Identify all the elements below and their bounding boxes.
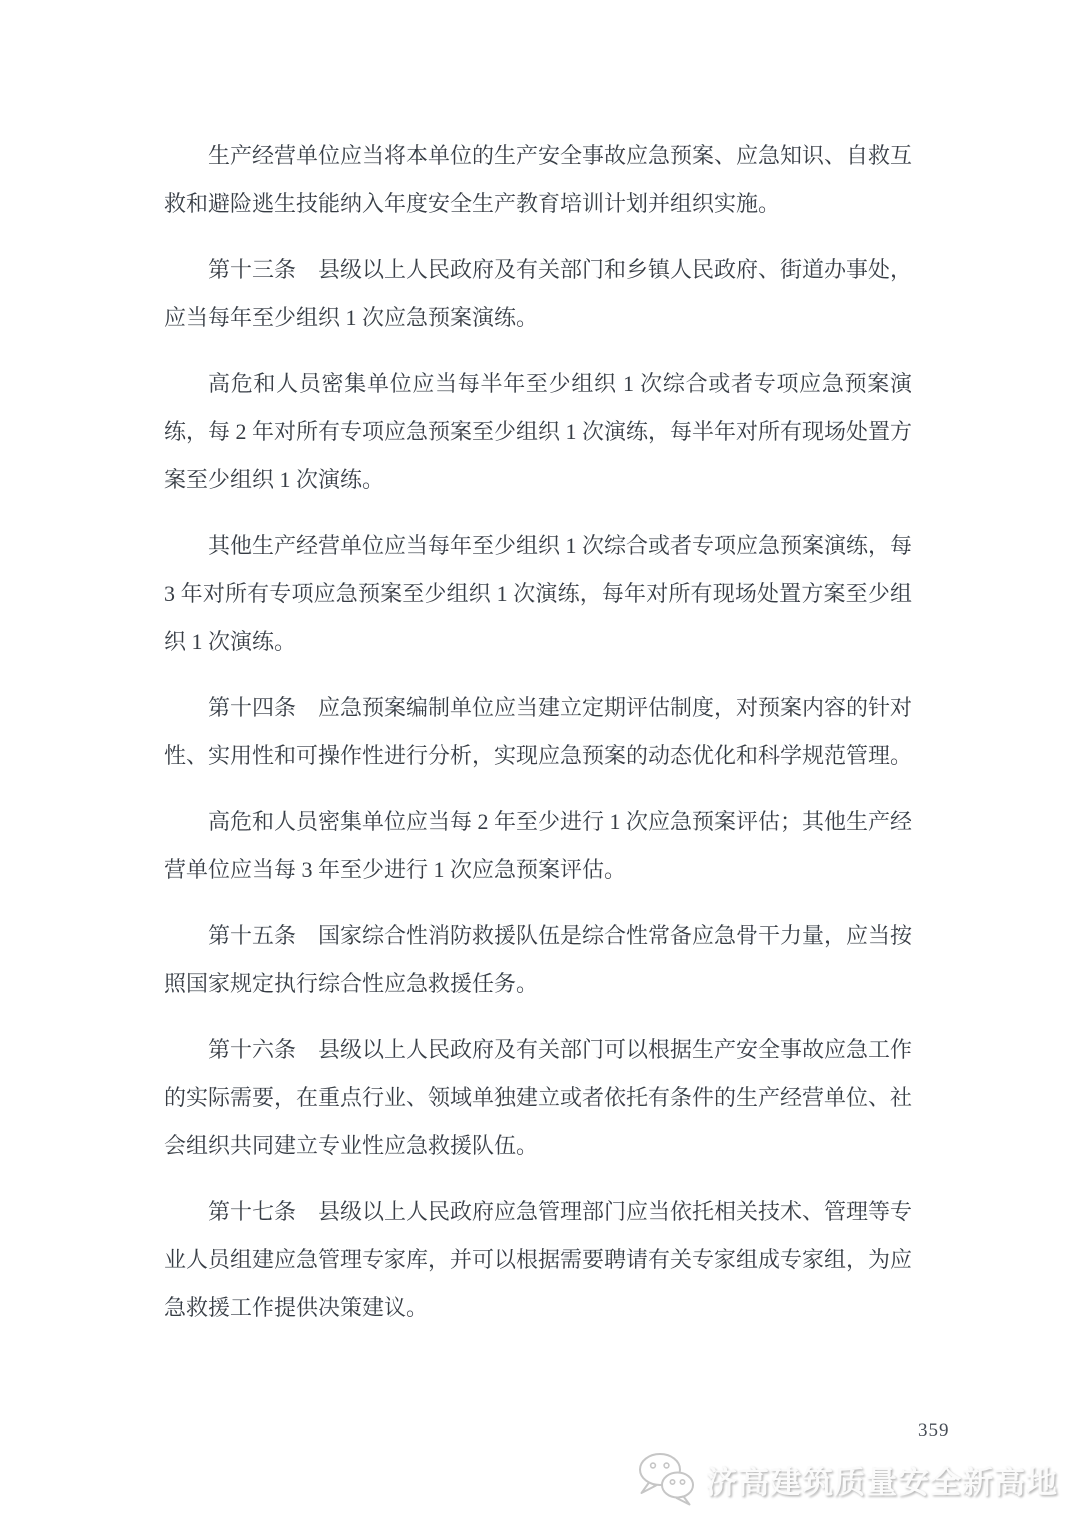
- document-page: 生产经营单位应当将本单位的生产安全事故应急预案、应急知识、自救互救和避险逃生技能…: [0, 0, 1080, 1527]
- paragraph: 高危和人员密集单位应当每半年至少组织 1 次综合或者专项应急预案演练，每 2 年…: [164, 360, 912, 504]
- paragraph: 高危和人员密集单位应当每 2 年至少进行 1 次应急预案评估；其他生产经营单位应…: [164, 798, 912, 894]
- article-15-paragraph: 第十五条 国家综合性消防救援队伍是综合性常备应急骨干力量，应当按照国家规定执行综…: [164, 912, 912, 1008]
- paragraph: 其他生产经营单位应当每年至少组织 1 次综合或者专项应急预案演练，每 3 年对所…: [164, 522, 912, 666]
- wechat-icon: [638, 1452, 696, 1506]
- article-13-paragraph: 第十三条 县级以上人民政府及有关部门和乡镇人民政府、街道办事处，应当每年至少组织…: [164, 246, 912, 342]
- article-16-paragraph: 第十六条 县级以上人民政府及有关部门可以根据生产安全事故应急工作的实际需要，在重…: [164, 1026, 912, 1170]
- paragraph: 生产经营单位应当将本单位的生产安全事故应急预案、应急知识、自救互救和避险逃生技能…: [164, 132, 912, 228]
- article-17-paragraph: 第十七条 县级以上人民政府应急管理部门应当依托相关技术、管理等专业人员组建应急管…: [164, 1188, 912, 1332]
- document-body: 生产经营单位应当将本单位的生产安全事故应急预案、应急知识、自救互救和避险逃生技能…: [164, 132, 912, 1350]
- article-14-paragraph: 第十四条 应急预案编制单位应当建立定期评估制度，对预案内容的针对性、实用性和可操…: [164, 684, 912, 780]
- footer-watermark: 济高建筑质量安全新高地: [638, 1452, 1058, 1506]
- page-number: 359: [918, 1420, 950, 1442]
- watermark-text: 济高建筑质量安全新高地: [706, 1457, 1058, 1502]
